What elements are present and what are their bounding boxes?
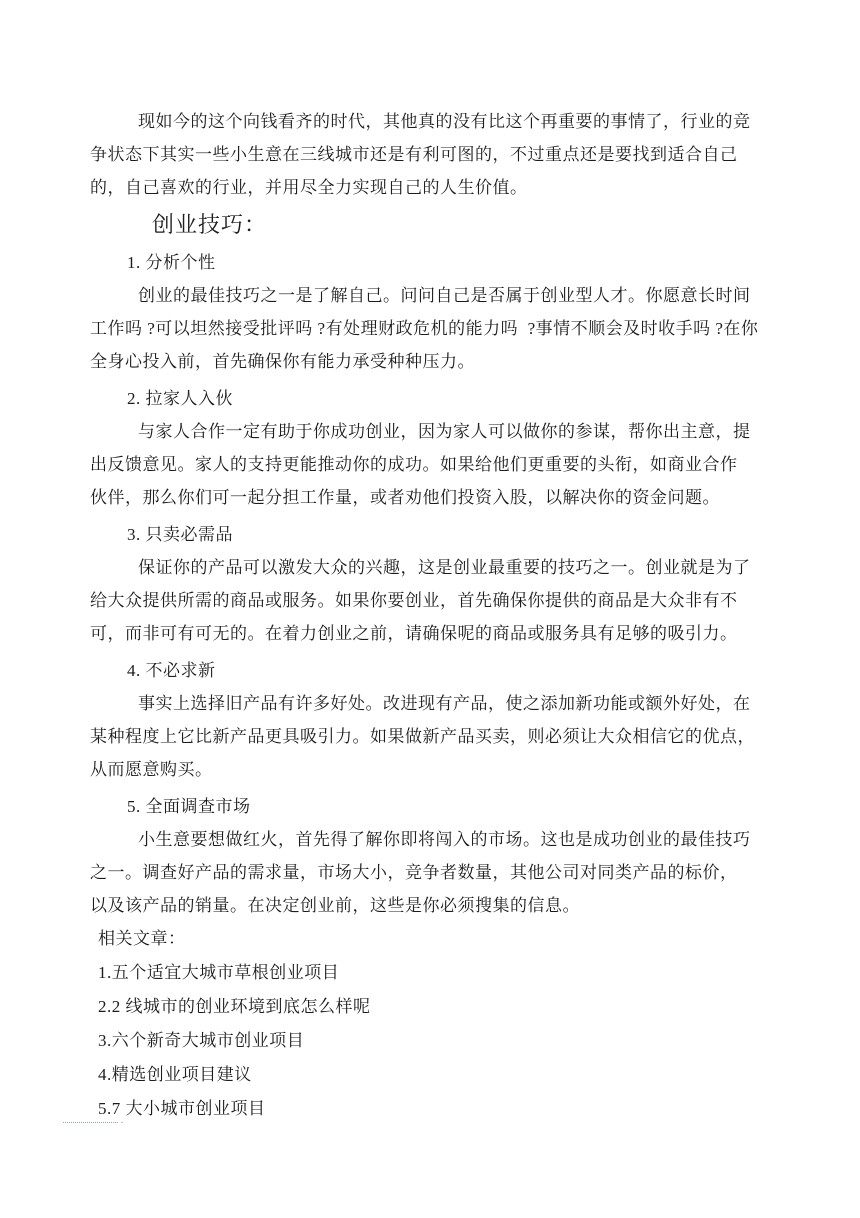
paragraph-line: 某种程度上它比新产品更具吸引力。如果做新产品买卖，则必须让大众相信它的优点， xyxy=(90,720,790,753)
paragraph-line: 全身心投入前，首先确保你有能力承受种种压力。 xyxy=(90,345,790,378)
paragraph-line: 事实上选择旧产品有许多好处。改进现有产品，使之添加新功能或额外好处，在 xyxy=(90,687,790,720)
section-heading: 2. 拉家人入伙 xyxy=(90,382,790,415)
section-no-need-new: 4. 不必求新 事实上选择旧产品有许多好处。改进现有产品，使之添加新功能或额外好… xyxy=(90,654,790,786)
related-item: 1.五个适宜大城市草根创业项目 xyxy=(98,956,790,990)
paragraph-line: 伙伴，那么你们可一起分担工作量，或者劝他们投资入股，以解决你的资金问题。 xyxy=(90,481,790,514)
paragraph-line: 从而愿意购买。 xyxy=(90,753,790,786)
related-item: 4.精选创业项目建议 xyxy=(98,1058,790,1092)
related-item: 2.2 线城市的创业环境到底怎么样呢 xyxy=(98,990,790,1024)
section-sell-necessities: 3. 只卖必需品 保证你的产品可以激发大众的兴趣，这是创业最重要的技巧之一。创业… xyxy=(90,518,790,650)
section-heading: 4. 不必求新 xyxy=(90,654,790,687)
section-heading: 5. 全面调查市场 xyxy=(90,790,790,823)
related-item: 5.7 大小城市创业项目 xyxy=(98,1092,790,1126)
paragraph-line: 之一。调查好产品的需求量，市场大小，竞争者数量，其他公司对同类产品的标价， xyxy=(90,856,790,889)
intro-line: 争状态下其实一些小生意在三线城市还是有利可图的，不过重点还是要找到适合自己 xyxy=(90,138,790,171)
paragraph-line: 保证你的产品可以激发大众的兴趣，这是创业最重要的技巧之一。创业就是为了 xyxy=(90,551,790,584)
related-item: 3.六个新奇大城市创业项目 xyxy=(98,1024,790,1058)
section-involve-family: 2. 拉家人入伙 与家人合作一定有助于你成功创业，因为家人可以做你的参谋，帮你出… xyxy=(90,382,790,514)
paragraph-line: 创业的最佳技巧之一是了解自己。问问自己是否属于创业型人才。你愿意长时间 xyxy=(90,279,790,312)
paragraph-line: 以及该产品的销量。在决定创业前，这些是你必须搜集的信息。 xyxy=(90,889,790,922)
paragraph-line: 与家人合作一定有助于你成功创业，因为家人可以做你的参谋，帮你出主意，提 xyxy=(90,415,790,448)
section-analyze-personality: 1. 分析个性 创业的最佳技巧之一是了解自己。问问自己是否属于创业型人才。你愿意… xyxy=(90,246,790,378)
paragraph-line: 出反馈意见。家人的支持更能推动你的成功。如果给他们更重要的头衔，如商业合作 xyxy=(90,448,790,481)
paragraph-line: 小生意要想做红火，首先得了解你即将闯入的市场。这也是成功创业的最佳技巧 xyxy=(90,823,790,856)
dotted-underline-dot xyxy=(121,1122,123,1123)
document-page: 现如今的这个向钱看齐的时代，其他真的没有比这个再重要的事情了，行业的竞 争状态下… xyxy=(0,0,860,1218)
related-title: 相关文章： xyxy=(98,922,790,956)
section-heading: 3. 只卖必需品 xyxy=(90,518,790,551)
intro-paragraph: 现如今的这个向钱看齐的时代，其他真的没有比这个再重要的事情了，行业的竞 争状态下… xyxy=(90,105,790,204)
dotted-underline-mark xyxy=(63,1122,118,1123)
section-survey-market: 5. 全面调查市场 小生意要想做红火，首先得了解你即将闯入的市场。这也是成功创业… xyxy=(90,790,790,922)
intro-line: 现如今的这个向钱看齐的时代，其他真的没有比这个再重要的事情了，行业的竞 xyxy=(90,105,790,138)
paragraph-line: 可，而非可有可无的。在着力创业之前，请确保呢的商品或服务具有足够的吸引力。 xyxy=(90,617,790,650)
intro-line: 的，自己喜欢的行业，并用尽全力实现自己的人生价值。 xyxy=(90,171,790,204)
related-articles: 相关文章： 1.五个适宜大城市草根创业项目 2.2 线城市的创业环境到底怎么样呢… xyxy=(98,922,790,1126)
section-heading: 1. 分析个性 xyxy=(90,246,790,279)
document-subtitle: 创业技巧： xyxy=(90,208,790,242)
paragraph-line: 工作吗 ?可以坦然接受批评吗 ?有处理财政危机的能力吗 ?事情不顺会及时收手吗 … xyxy=(90,312,790,345)
paragraph-line: 给大众提供所需的商品或服务。如果你要创业，首先确保你提供的商品是大众非有不 xyxy=(90,584,790,617)
